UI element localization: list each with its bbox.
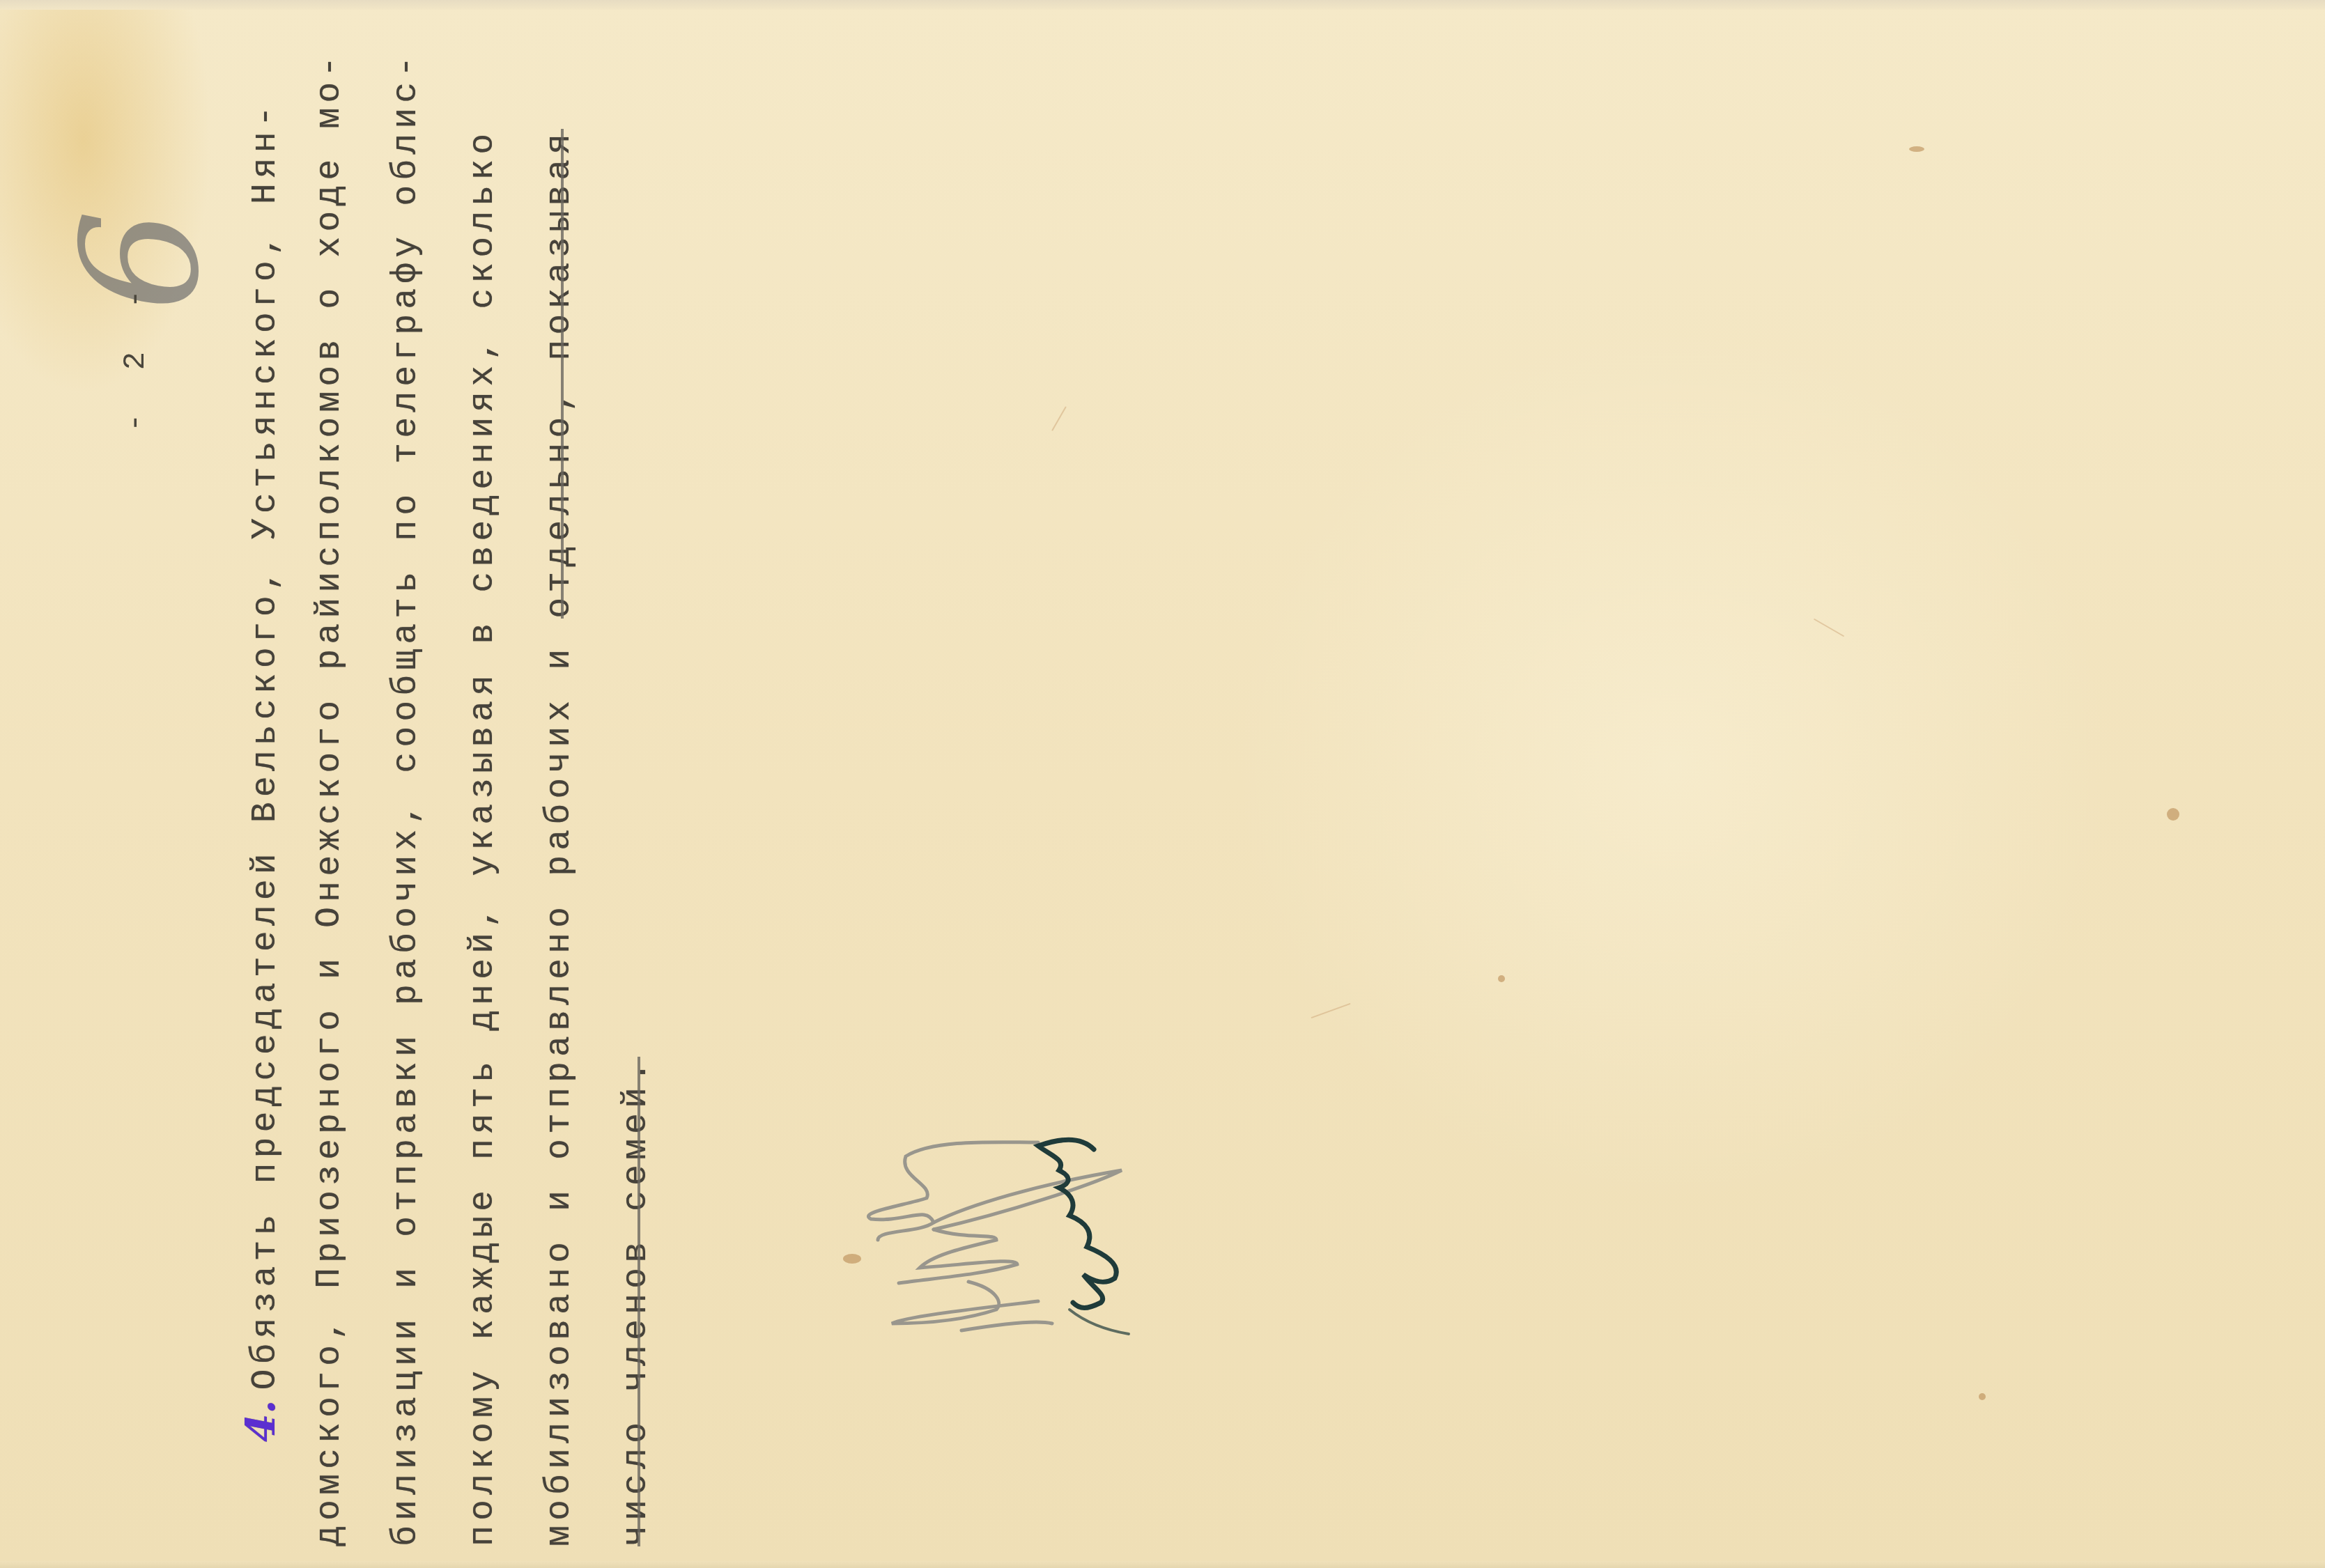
paper-fleck bbox=[1909, 146, 1924, 152]
pencil-signature bbox=[868, 1142, 1122, 1330]
page-top-edge bbox=[0, 0, 2325, 10]
line-text: билизации и отправки рабочих, сообщать п… bbox=[387, 52, 426, 1546]
page-bottom-edge bbox=[0, 1561, 2325, 1568]
page-number: - 2 - bbox=[118, 277, 153, 432]
text-line-6: число членов семей. bbox=[617, 1057, 656, 1546]
text-line-5: мобилизовано и отправлено рабочих и отде… bbox=[540, 129, 580, 1546]
ink-signature bbox=[1038, 1140, 1129, 1334]
signature bbox=[829, 1101, 1150, 1351]
document-page: 6 - 2 - 4.Обязать председателей Вельског… bbox=[0, 0, 2325, 1568]
text-line-1: 4.Обязать председателей Вельского, Устья… bbox=[237, 101, 286, 1442]
text-line-3: билизации и отправки рабочих, сообщать п… bbox=[387, 52, 426, 1546]
text-line-4: полкому каждые пять дней, указывая в све… bbox=[463, 129, 503, 1546]
paper-fleck bbox=[2167, 808, 2179, 821]
paper-fiber bbox=[1814, 619, 1844, 637]
paper-fleck bbox=[1498, 975, 1505, 982]
struck-text: число членов семей. bbox=[617, 1057, 656, 1546]
line-text: домского, Приозерного и Онежского райисп… bbox=[310, 52, 350, 1546]
item-number: 4. bbox=[237, 1399, 284, 1442]
line-text: Обязать председателей Вельского, Устьянс… bbox=[246, 101, 286, 1390]
paper-fiber bbox=[1311, 1003, 1350, 1018]
paper-fiber bbox=[1051, 406, 1067, 431]
line-text: полкому каждые пять дней, указывая в све… bbox=[463, 129, 503, 1546]
line-text: мобилизовано и отправлено рабочих и bbox=[540, 644, 580, 1546]
struck-text: отдельно, показывая bbox=[540, 129, 580, 619]
text-line-2: домского, Приозерного и Онежского райисп… bbox=[310, 52, 350, 1546]
paper-fleck bbox=[1979, 1393, 1986, 1400]
